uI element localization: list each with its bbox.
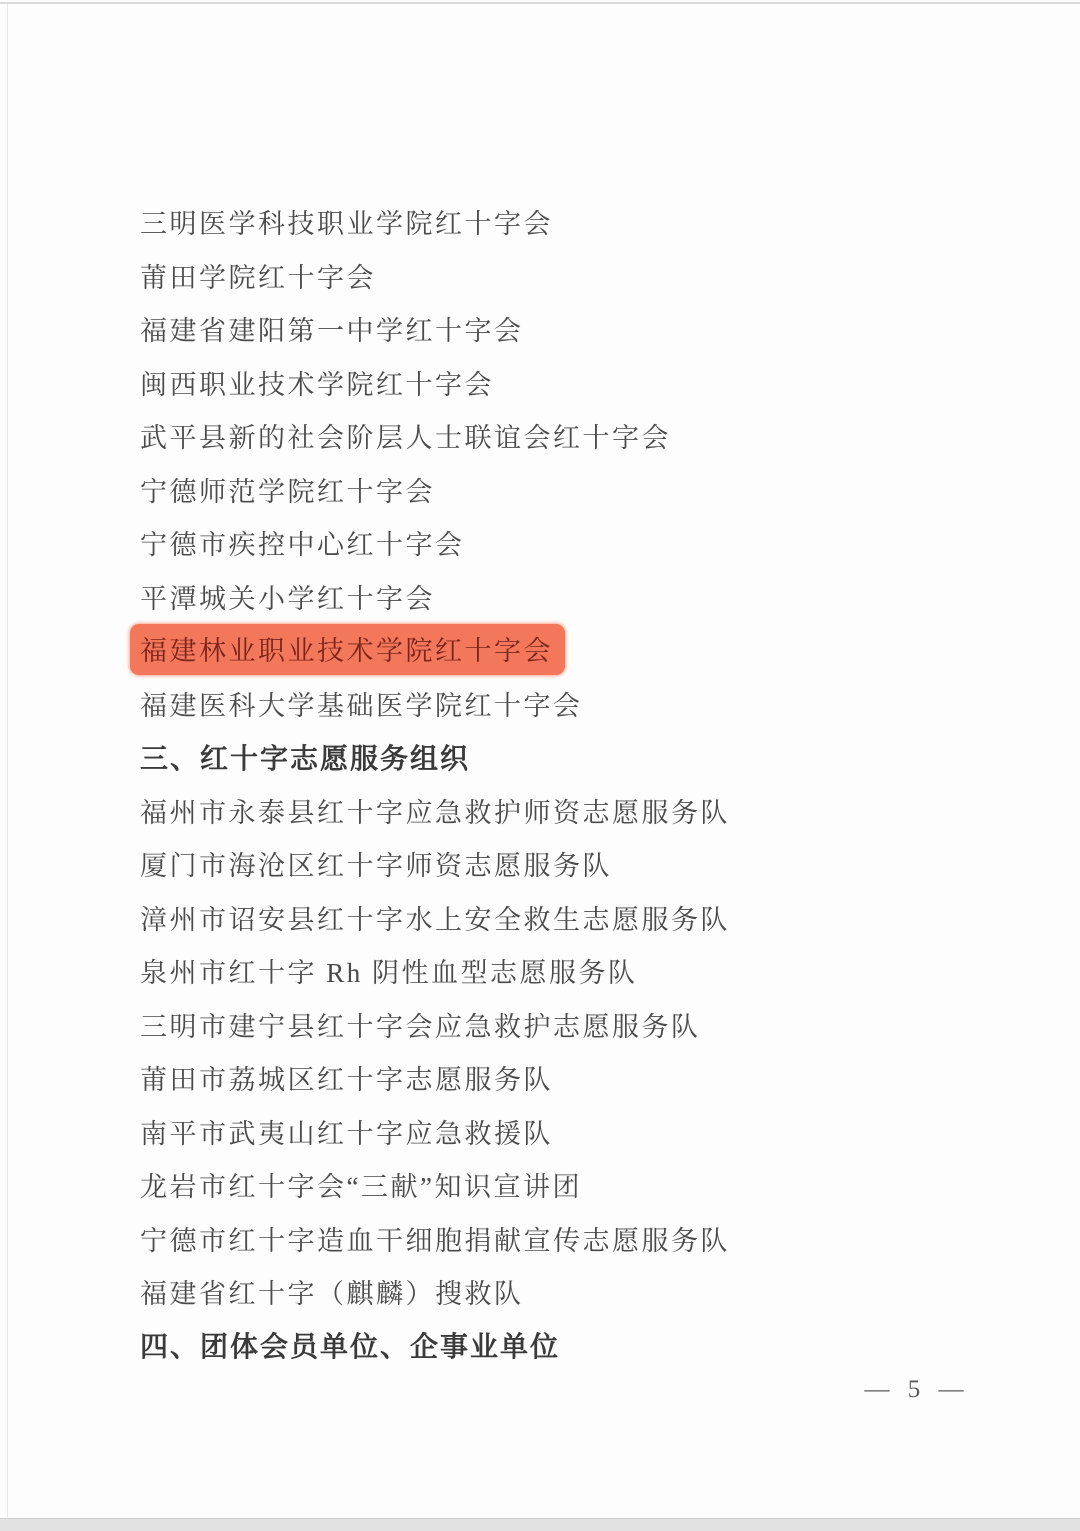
- section-heading: 三、红十字志愿服务组织: [140, 730, 1030, 784]
- document-line: 三明医学科技职业学院红十字会: [140, 195, 1030, 249]
- document-line: 三明市建宁县红十字会应急救护志愿服务队: [140, 998, 1030, 1052]
- page-bottom-edge: [0, 1518, 1080, 1531]
- document-line: 莆田学院红十字会: [140, 249, 1030, 303]
- document-line: 武平县新的社会阶层人士联谊会红十字会: [140, 409, 1030, 463]
- document-line: 泉州市红十字 Rh 阴性血型志愿服务队: [140, 944, 1030, 998]
- document-line: 宁德市红十字造血干细胞捐献宣传志愿服务队: [140, 1212, 1030, 1266]
- scanned-document-page: 三明医学科技职业学院红十字会莆田学院红十字会福建省建阳第一中学红十字会闽西职业技…: [0, 0, 1080, 1531]
- page-number: — 5 —: [812, 1376, 1022, 1404]
- document-line: 闽西职业技术学院红十字会: [140, 356, 1030, 410]
- document-line: 莆田市荔城区红十字志愿服务队: [140, 1051, 1030, 1105]
- document-line: 福州市永泰县红十字应急救护师资志愿服务队: [140, 784, 1030, 838]
- document-line: 宁德市疾控中心红十字会: [140, 516, 1030, 570]
- section-heading: 四、团体会员单位、企事业单位: [140, 1319, 1030, 1373]
- page-top-edge: [0, 2, 1080, 4]
- document-line: 福建省建阳第一中学红十字会: [140, 302, 1030, 356]
- document-line: 龙岩市红十字会“三献”知识宣讲团: [140, 1158, 1030, 1212]
- highlight-marker: 福建林业职业技术学院红十字会: [130, 624, 565, 675]
- document-line: 南平市武夷山红十字应急救援队: [140, 1105, 1030, 1159]
- document-line: 福建省红十字（麒麟）搜救队: [140, 1265, 1030, 1319]
- document-line: 厦门市海沧区红十字师资志愿服务队: [140, 837, 1030, 891]
- document-body: 三明医学科技职业学院红十字会莆田学院红十字会福建省建阳第一中学红十字会闽西职业技…: [140, 195, 1030, 1372]
- document-line: 漳州市诏安县红十字水上安全救生志愿服务队: [140, 891, 1030, 945]
- document-line: 宁德师范学院红十字会: [140, 463, 1030, 517]
- highlighted-line: 福建林业职业技术学院红十字会: [140, 623, 1030, 677]
- document-line: 平潭城关小学红十字会: [140, 570, 1030, 624]
- page-left-edge: [7, 4, 8, 1517]
- document-line: 福建医科大学基础医学院红十字会: [140, 677, 1030, 731]
